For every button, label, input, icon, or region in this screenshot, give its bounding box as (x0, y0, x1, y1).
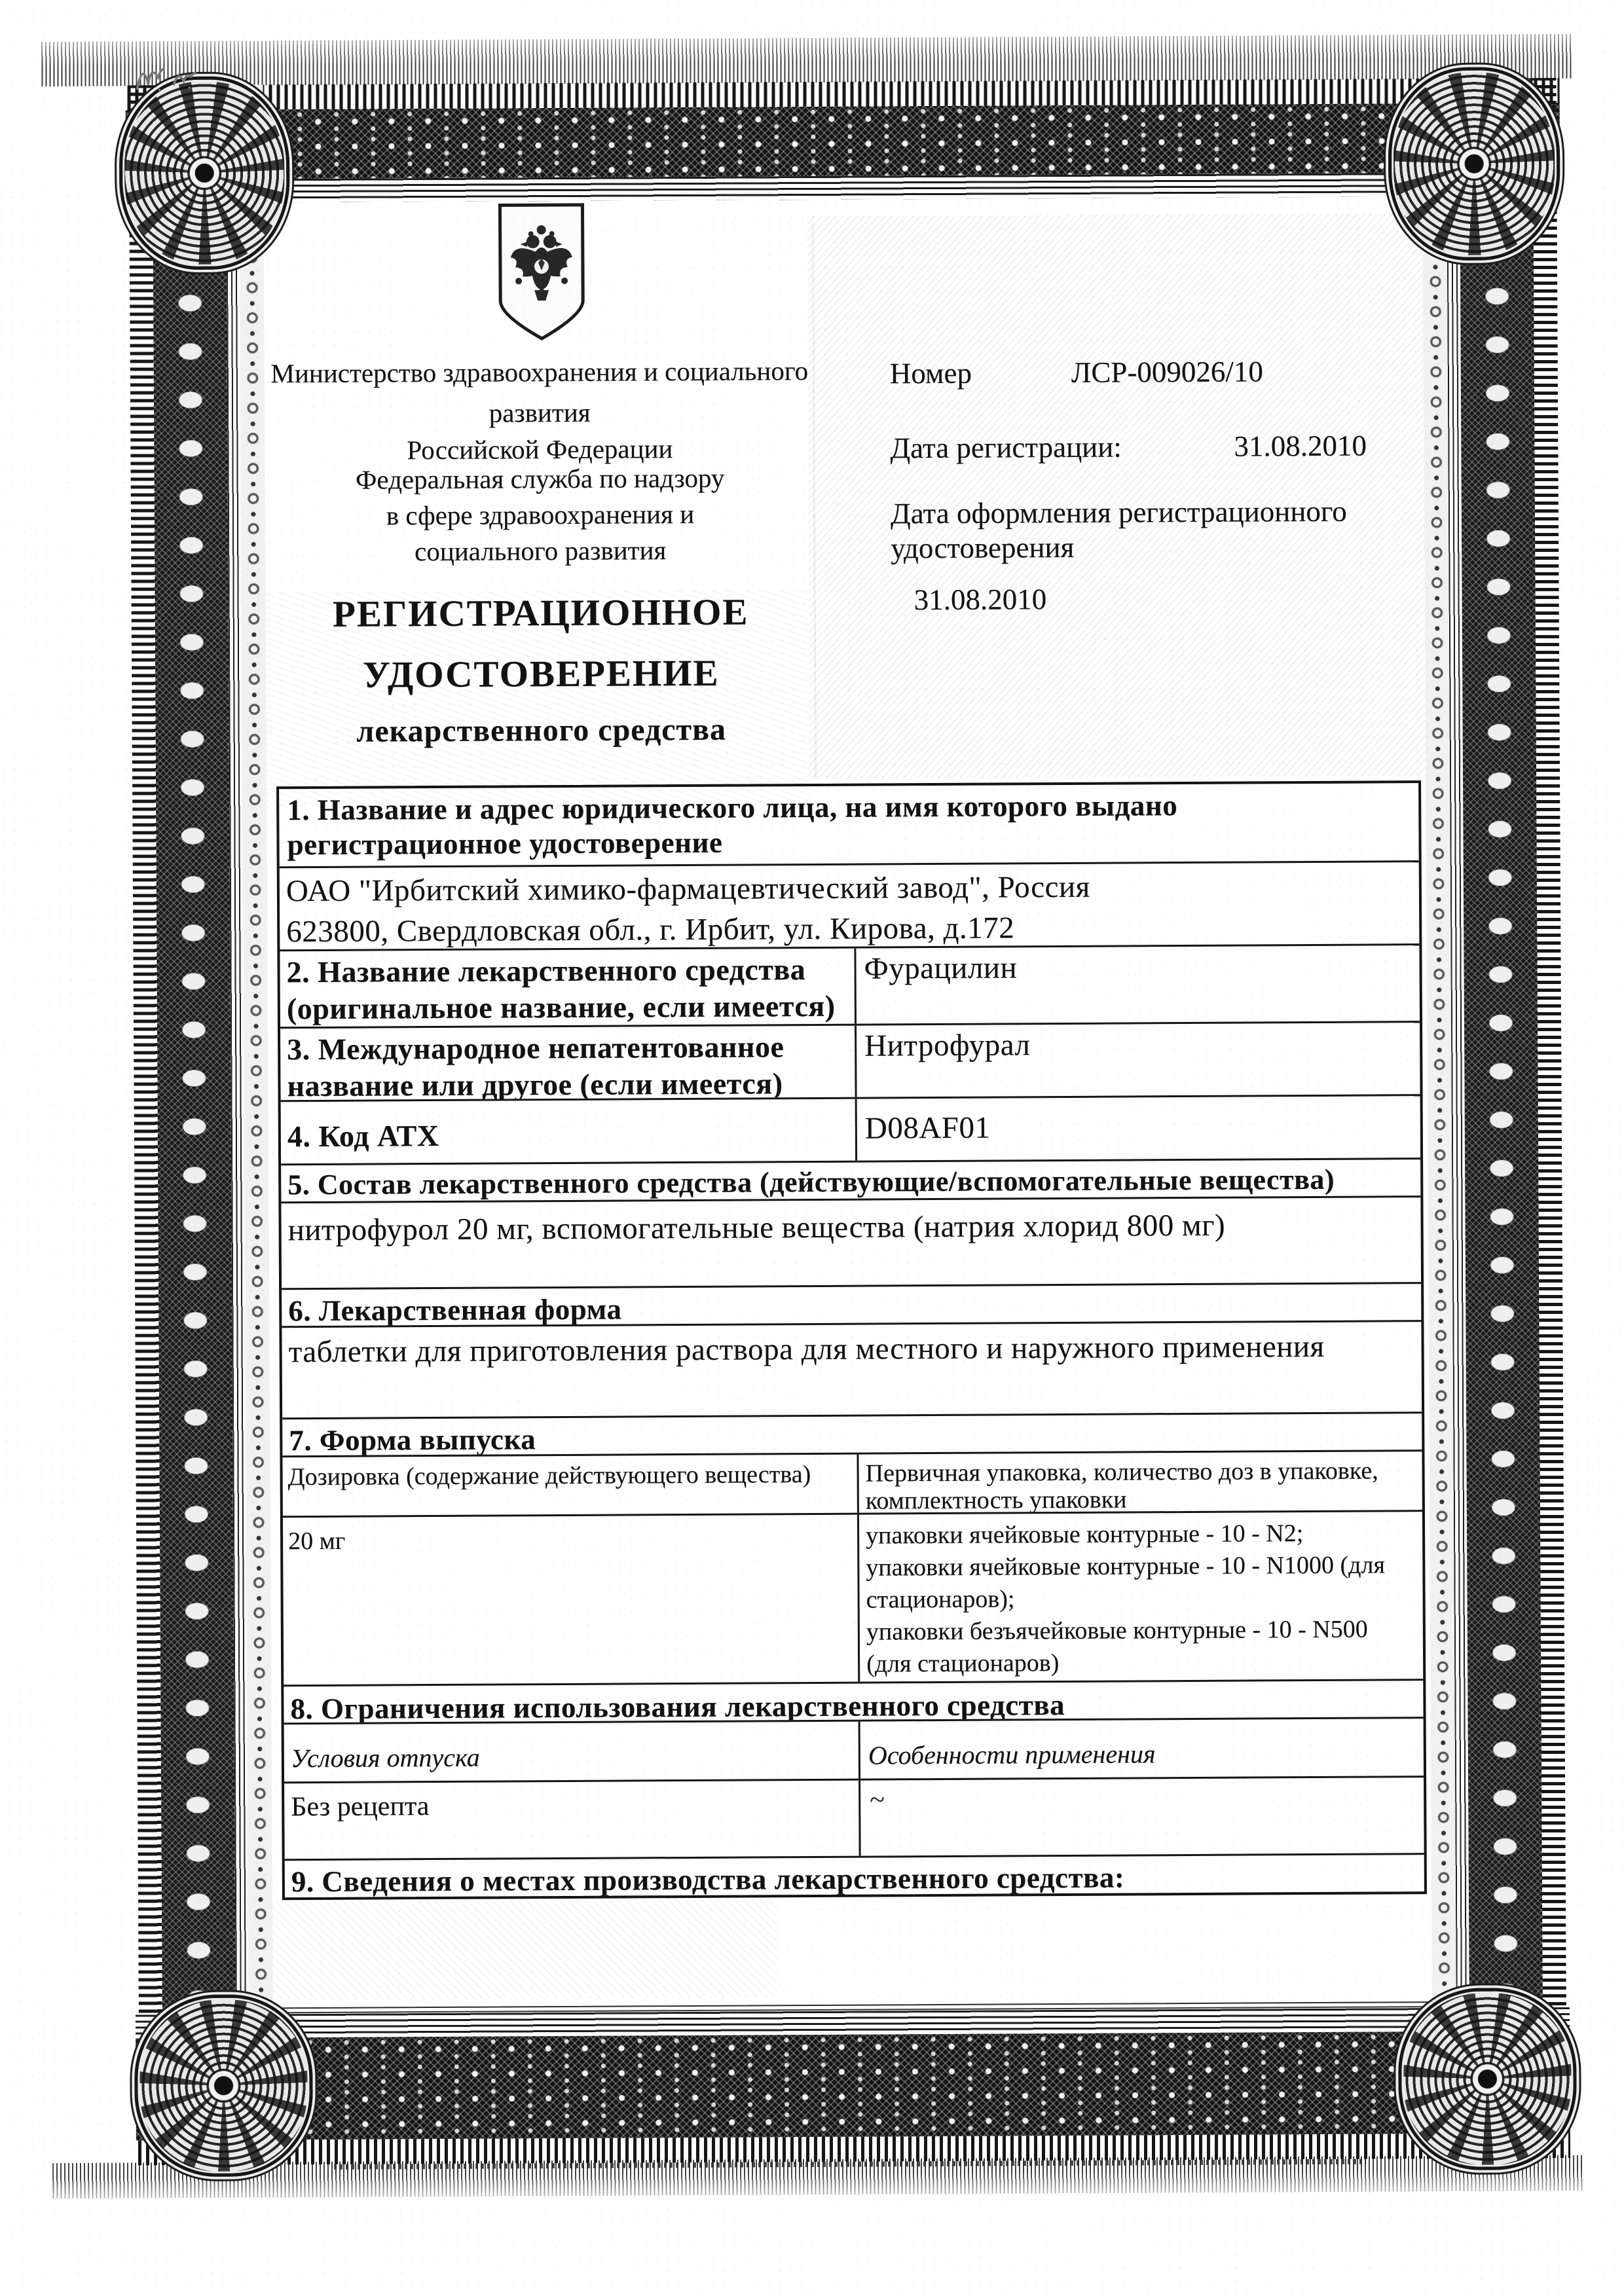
dosage-column-header: Дозировка (содержание действующего вещес… (282, 1455, 858, 1516)
section1-value: ОАО "Ирбитский химико-фармацевтический з… (280, 860, 1420, 949)
section7-value-row: 20 мг упаковки ячейковые контурные - 10 … (283, 1510, 1423, 1685)
title-line: УДОСТОВЕРЕНИЕ (246, 653, 836, 696)
document-title: РЕГИСТРАЦИОННОЕ УДОСТОВЕРЕНИЕ лекарствен… (246, 592, 836, 750)
federal-service-name: Федеральная служба по надзору в сфере зд… (246, 460, 836, 571)
section7-subheader-row: Дозировка (содержание действующего вещес… (282, 1449, 1422, 1516)
number-row: Номер ЛСР-009026/10 (890, 354, 1414, 390)
application-features-header: Особенности применения (860, 1719, 1424, 1779)
dispensing-conditions-header: Условия отпуска (284, 1722, 860, 1782)
section5-header: 5. Состав лекарственного средства (дейст… (281, 1157, 1420, 1201)
section2-value: Фурацилин (856, 945, 1420, 1024)
ministry-line: Министерство здравоохранения и социально… (245, 352, 834, 392)
section4-value: D08AF01 (857, 1096, 1420, 1161)
ministry-line: развития (245, 393, 834, 433)
registration-date-value: 31.08.2010 (1234, 429, 1367, 464)
certificate-page: Министерство здравоохранения и социально… (0, 0, 1624, 2296)
section4-label: 4. Код АТХ (281, 1099, 857, 1164)
number-value: ЛСР-009026/10 (1071, 354, 1263, 390)
section2-row: 2. Название лекарственного средства (ори… (280, 943, 1420, 1027)
service-line: в сфере здравоохранения и (246, 496, 835, 535)
section8-header: 8. Ограничения использования лекарственн… (284, 1679, 1423, 1722)
section4-row: 4. Код АТХ D08AF01 (281, 1094, 1420, 1163)
section9-header: 9. Сведения о местах производства лекарс… (285, 1853, 1424, 1897)
section1-header: 1. Название и адрес юридического лица, н… (279, 783, 1419, 866)
pencil-scribble (133, 50, 212, 97)
service-line: социального развития (246, 532, 835, 571)
ministry-name: Министерство здравоохранения и социально… (245, 352, 835, 469)
section6-value: таблетки для приготовления раствора для … (282, 1320, 1422, 1417)
scanned-document: Министерство здравоохранения и социально… (0, 0, 1624, 2296)
registration-date-row: Дата регистрации: 31.08.2010 (890, 428, 1414, 465)
section8-value-row: Без рецепта ~ (284, 1776, 1424, 1859)
issue-date-value: 31.08.2010 (913, 580, 1414, 617)
dosage-value: 20 мг (283, 1515, 860, 1685)
packaging-column-header: Первичная упаковка, количество доз в упа… (858, 1451, 1422, 1513)
dispensing-conditions-value: Без рецепта (284, 1781, 861, 1859)
section3-label: 3. Международное непатентованное названи… (280, 1026, 857, 1101)
section5-value: нитрофурол 20 мг, вспомогательные вещест… (281, 1195, 1421, 1288)
number-label: Номер (890, 355, 1071, 390)
title-line: РЕГИСТРАЦИОННОЕ (246, 592, 836, 635)
packaging-value: упаковки ячейковые контурные - 10 - N2; … (859, 1512, 1423, 1681)
section7-header: 7. Форма выпуска (282, 1412, 1422, 1455)
issue-date-label: Дата оформления регистрационного удостов… (891, 494, 1415, 566)
coat-of-arms-icon (494, 201, 588, 344)
service-line: Федеральная служба по надзору (246, 460, 835, 499)
registration-date-label: Дата регистрации: (890, 429, 1234, 465)
registration-details: Номер ЛСР-009026/10 Дата регистрации: 31… (890, 354, 1415, 617)
section2-label: 2. Название лекарственного средства (ори… (280, 949, 857, 1027)
section3-value: Нитрофурал (857, 1023, 1420, 1097)
section6-header: 6. Лекарственная форма (282, 1282, 1421, 1326)
pen-mark: ~ (860, 1777, 1424, 1856)
section8-subheader-row: Условия отпуска Особенности применения (284, 1717, 1424, 1781)
section3-row: 3. Международное непатентованное названи… (280, 1021, 1420, 1100)
registration-table: 1. Название и адрес юридического лица, н… (276, 780, 1427, 1900)
title-subline: лекарственного средства (247, 711, 836, 750)
